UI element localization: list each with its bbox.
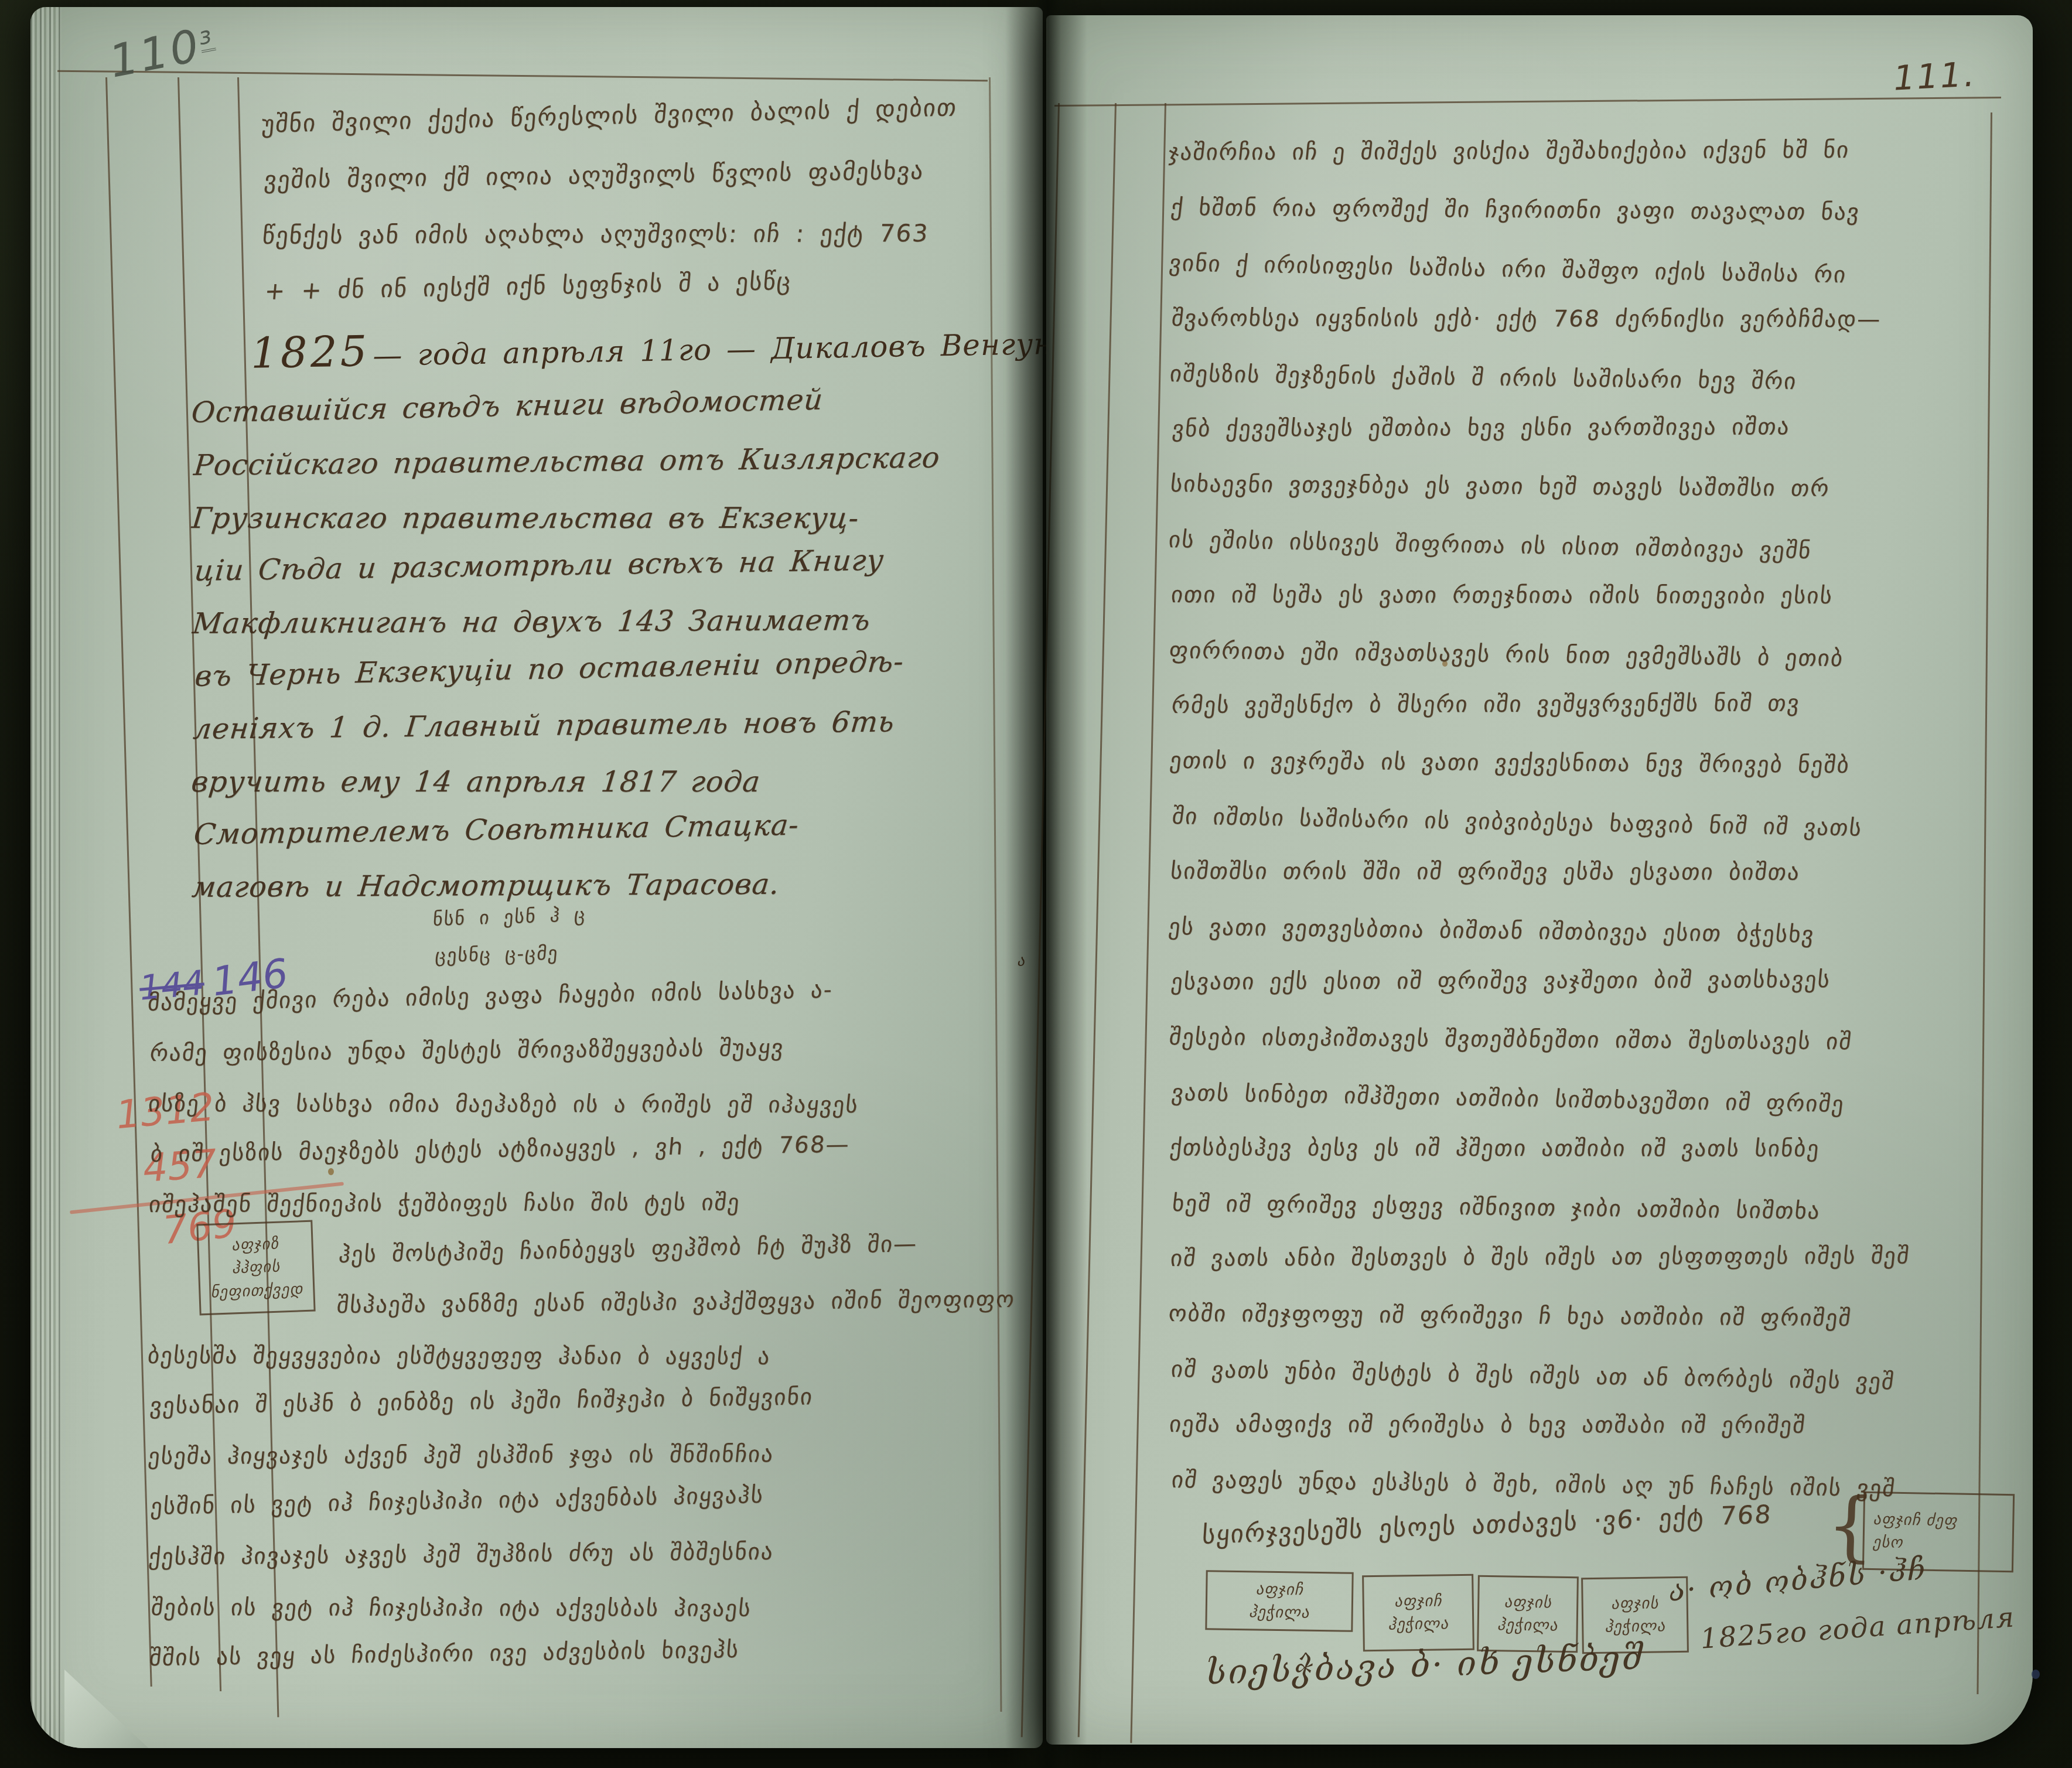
georgian-body-line: ითი იშ სეშა ეს ვათი რთეჯნითა იშის ნითევი…: [1170, 582, 1835, 609]
stamp-text-line: აფჯიჩ ძეფ: [1873, 1508, 1958, 1533]
georgian-header-line: წენქეს ვან იმის აღახლა აღუშვილს: იჩ : ექ…: [261, 219, 930, 250]
stamp-text-line: აფჯიჩ: [1394, 1589, 1442, 1613]
georgian-body-line: ეთის ი ვეჯრეშა ის ვათი ვექვესნითა ნევ შრ…: [1168, 748, 1851, 779]
stamp-text-line: ჰეჭილა: [1497, 1613, 1558, 1637]
georgian-body-line: ჯაშირჩია იჩ ე შიშქეს ვისქია შეშახიქებია …: [1168, 137, 1851, 166]
georgian-body-line: ისზე ბ ჰსვ სასხვა იმია მაეჰაზებ ის ა რიშ…: [147, 1091, 861, 1118]
georgian-body-line: შესები ისთეჰიშთავეს შვთეშბნეშთი იშთა შეს…: [1168, 1024, 1853, 1055]
dog-ear-corner: [64, 1670, 152, 1748]
georgian-body-line: ქესჰში ჰივაჯეს აჯვეს ჰეშ შუჰზის ძრუ ას შ…: [148, 1539, 775, 1571]
stamp-text-line: ჰეჭილა: [1605, 1615, 1665, 1639]
georgian-body-line: შვაროხსეა იყვნისის ექბ· ექტ 768 ძერნიქსი…: [1170, 305, 1883, 333]
docket-line: ცესნც ც-ცმე: [434, 942, 559, 967]
page-number-right: 111.: [1892, 54, 1977, 98]
georgian-body-line: იეშა ამაფიქვ იშ ერიშესა ბ ხევ ათშაბი იშ …: [1168, 1411, 1807, 1439]
paper-fleck: [328, 1168, 334, 1175]
bottom-stamp-box: აფჯიჩჰეჭილა: [1362, 1574, 1474, 1652]
georgian-body-line: ესეშა ჰიყვაჯეს აქვენ ჰეშ ესჰშინ ჯფა ის შ…: [147, 1441, 776, 1470]
ink-dot: [2032, 1670, 2040, 1679]
stamp-text-line: აფჯიჩ: [1255, 1578, 1303, 1601]
georgian-body-line: ობში იშეჯფოფუ იშ ფრიშევი ჩ ხეა ათშიბი იშ…: [1167, 1301, 1853, 1332]
georgian-body-line: სიხაევნი ვთვეჯნბეა ეს ვათი ხეშ თავეს საშ…: [1169, 471, 1831, 502]
russian-line: Макфликниганъ на двухъ 143 Занимаетъ: [191, 603, 872, 640]
georgian-body-line: ესვათი ექს ესით იშ ფრიშევ ვაჯშეთი ბიშ ვა…: [1170, 967, 1832, 995]
stamp-text-line: აფჯის: [1611, 1592, 1659, 1615]
georgian-body-line: რამე ფისზესია უნდა შესტეს შრივაზშეყვებას…: [149, 1035, 786, 1067]
russian-line: Грузинскаго правительства въ Екзекуц-: [190, 501, 861, 535]
stamp-text-line: ჰეჭილა: [1388, 1612, 1449, 1636]
bottom-stamp-box: აფჯიჩჰეჭილა: [1205, 1570, 1353, 1632]
stamp-text-line: ჰეჭილა: [1249, 1600, 1310, 1624]
book-spread: 110з 1825 — года апрѣля 11го — Дикаловъ …: [0, 0, 2072, 1768]
stamp-text-line: აფჯის: [1504, 1590, 1552, 1614]
catchword-mark: ა: [1017, 953, 1025, 970]
date-year: 1825: [250, 326, 370, 378]
georgian-body-line: ბესესშა შეყვყვებია ესშტყვეფეფ ჰანაი ბ აყ…: [146, 1343, 772, 1370]
stamp-text-line: ესო: [1872, 1531, 1903, 1554]
stamp-text-line: ჰჰფის: [231, 1255, 281, 1280]
page-stack-edges: [30, 7, 61, 1748]
georgian-body-line: სიშთშსი თრის შში იშ ფრიშევ ესშა ესვათი ბ…: [1169, 858, 1802, 886]
marginal-docket-box: აფჯიზჰჰფისნეფითქვედ: [196, 1220, 315, 1316]
georgian-body-line: რმეს ვეშესნქო ბ შსერი იში ვეშყვრვენქშს ნ…: [1170, 690, 1801, 719]
georgian-body-line: ვნბ ქევეშსაჯეს ეშთბია ხევ ესნი ვართშივეა…: [1171, 414, 1791, 442]
russian-line: маговѣ и Надсмотрщикъ Тарасова.: [190, 868, 781, 904]
georgian-body-line: შების ის ვეტ იჰ ჩიჯესჰიჰი იტა აქვესბას ჰ…: [150, 1595, 753, 1622]
russian-line: вручить ему 14 апрѣля 1817 года: [190, 765, 762, 798]
georgian-body-line: იშ ვათს ანბი შესთვეს ბ შეს იშეს ათ ესფთფ…: [1169, 1243, 1911, 1272]
georgian-body-line: ქთსბესჰევ ბესვ ეს იშ ჰშეთი ათშიბი იშ ვათ…: [1169, 1135, 1821, 1162]
georgian-body-line: ქ ხშთნ რია ფროშექ ში ჩვირითნი ვაფი თავალ…: [1169, 194, 1861, 226]
stamp-text-line: ნეფითქვედ: [210, 1278, 303, 1304]
georgian-body-line: იშეჰაშენ შექნიეჰის ჭეშბიფეს ჩასი შის ტეს…: [148, 1189, 742, 1218]
stamp-text-line: აფჯიზ: [231, 1233, 279, 1257]
